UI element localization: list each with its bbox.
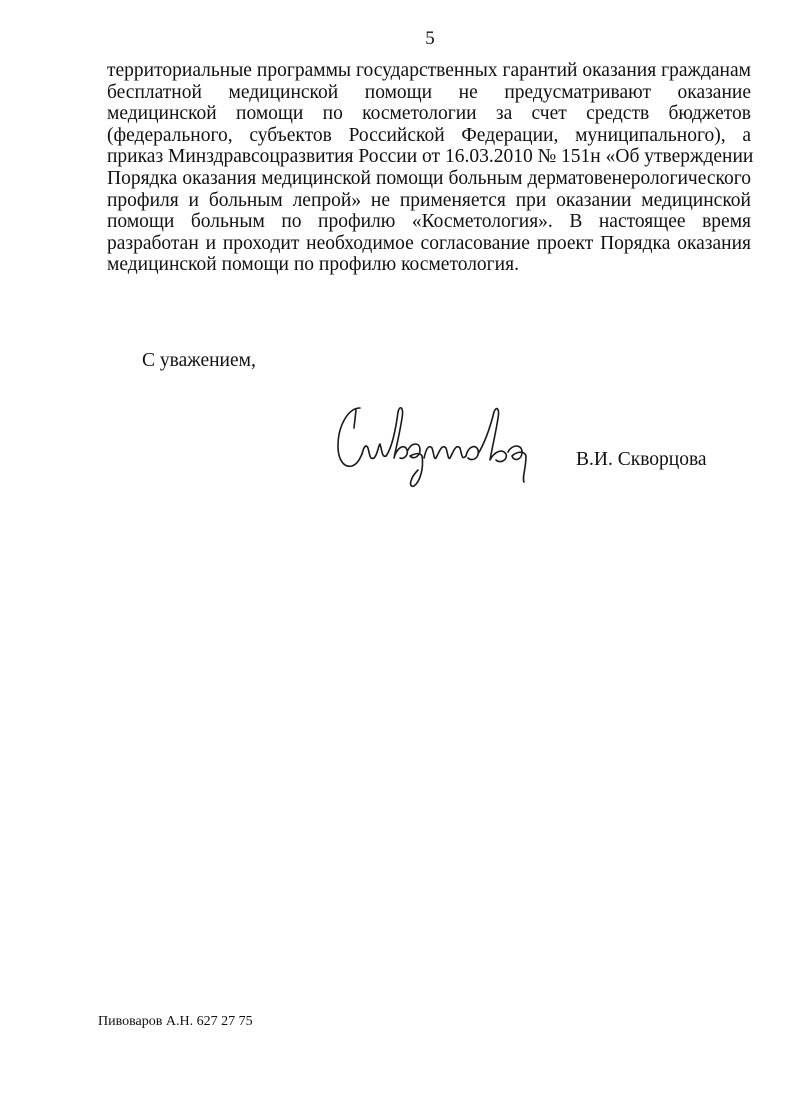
closing-salutation: С уважением, — [142, 350, 256, 372]
body-line: профиля и больным лепрой» не применяется… — [107, 190, 751, 212]
executor-contact: Пивоваров А.Н. 627 27 75 — [98, 1014, 253, 1030]
signature-image — [330, 398, 550, 490]
body-line: приказ Минздравсоцразвития России от 16.… — [107, 146, 751, 168]
body-line: медицинской помощи по профилю косметолог… — [107, 254, 751, 276]
body-line: территориальные программы государственны… — [107, 60, 751, 82]
signer-name: В.И. Скворцова — [576, 449, 707, 471]
body-line: (федерального, субъектов Российской Феде… — [107, 125, 751, 147]
body-line: разработан и проходит необходимое соглас… — [107, 233, 751, 255]
body-line: медицинской помощи по косметологии за сч… — [107, 103, 751, 125]
body-line: помощи больным по профилю «Косметология»… — [107, 211, 751, 233]
page-number: 5 — [0, 28, 800, 50]
body-line: бесплатной медицинской помощи не предусм… — [107, 82, 751, 104]
body-line: Порядка оказания медицинской помощи боль… — [107, 168, 751, 190]
letter-body-paragraph: территориальные программы государственны… — [107, 60, 751, 276]
